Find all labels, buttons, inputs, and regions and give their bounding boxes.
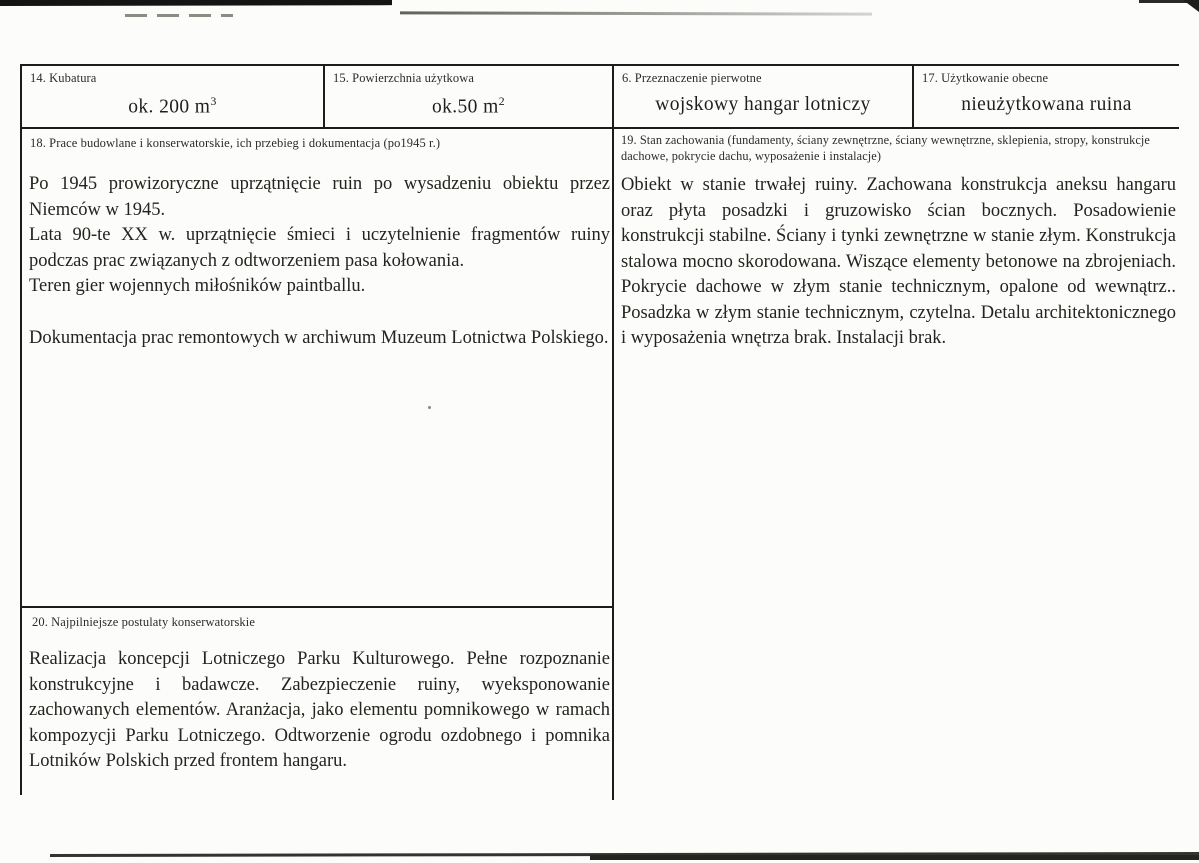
- scan-artifact-thin-line: [400, 11, 872, 15]
- section-18-paragraph: Teren gier wojennych miłośników paintbal…: [29, 274, 610, 300]
- field-kubatura: 14. Kubatura ok. 200 m3: [22, 66, 323, 127]
- field-uzytkowanie-label: 17. Użytkowanie obecne: [914, 66, 1179, 86]
- section-20-label: 20. Najpilniejsze postulaty konserwators…: [22, 608, 612, 630]
- scan-artifact-dashes: [125, 14, 233, 17]
- section-19-paragraph: Obiekt w stanie trwałej ruiny. Zachowana…: [621, 173, 1176, 352]
- field-kubatura-value: ok. 200 m3: [22, 94, 323, 119]
- section-19-body: Obiekt w stanie trwałej ruiny. Zachowana…: [616, 173, 1179, 352]
- section-20-paragraph: Realizacja koncepcji Lotniczego Parku Ku…: [29, 647, 610, 775]
- field-powierzchnia-value-text: ok.50 m: [432, 97, 499, 118]
- field-kubatura-label: 14. Kubatura: [22, 66, 323, 86]
- field-kubatura-value-sup: 3: [210, 94, 216, 108]
- section-18-prace-budowlane: 18. Prace budowlane i konserwatorskie, i…: [22, 129, 612, 351]
- section-20-postulaty: 20. Najpilniejsze postulaty konserwators…: [22, 608, 612, 775]
- field-przeznaczenie-value: wojskowy hangar lotniczy: [614, 94, 912, 116]
- section-18-label: 18. Prace budowlane i konserwatorskie, i…: [22, 129, 612, 151]
- field-uzytkowanie: 17. Użytkowanie obecne nieużytkowana rui…: [912, 66, 1179, 127]
- field-powierzchnia: 15. Powierzchnia użytkowa ok.50 m2: [323, 66, 612, 127]
- table-column-divider: [612, 125, 614, 800]
- section-20-body: Realizacja koncepcji Lotniczego Parku Ku…: [22, 647, 612, 775]
- field-uzytkowanie-value: nieużytkowana ruina: [914, 94, 1179, 116]
- section-18-body: Po 1945 prowizoryczne uprzątnięcie ruin …: [22, 172, 612, 351]
- scan-artifact-speck: [428, 406, 431, 409]
- field-powierzchnia-value: ok.50 m2: [325, 94, 612, 119]
- section-18-paragraph: Po 1945 prowizoryczne uprzątnięcie ruin …: [29, 172, 610, 223]
- section-18-paragraph: Lata 90-te XX w. uprzątnięcie śmieci i u…: [29, 223, 610, 274]
- section-19-stan-zachowania: 19. Stan zachowania (fundamenty, ściany …: [616, 128, 1179, 352]
- scan-artifact-top-right-wedge: [1183, 0, 1199, 12]
- field-powierzchnia-label: 15. Powierzchnia użytkowa: [325, 66, 612, 86]
- top-field-row: 14. Kubatura ok. 200 m3 15. Powierzchnia…: [22, 64, 1179, 129]
- scan-artifact-top-bar: [0, 0, 392, 6]
- field-przeznaczenie-label: 6. Przeznaczenie pierwotne: [614, 66, 912, 86]
- field-powierzchnia-value-sup: 2: [499, 94, 505, 108]
- field-kubatura-value-text: ok. 200 m: [128, 97, 210, 118]
- section-19-label: 19. Stan zachowania (fundamenty, ściany …: [616, 128, 1179, 164]
- field-przeznaczenie: 6. Przeznaczenie pierwotne wojskowy hang…: [612, 66, 912, 127]
- section-18-paragraph: Dokumentacja prac remontowych w archiwum…: [29, 326, 610, 352]
- scanned-heritage-form-page: 14. Kubatura ok. 200 m3 15. Powierzchnia…: [0, 0, 1199, 863]
- scan-artifact-bottom-line-thick: [590, 855, 1199, 860]
